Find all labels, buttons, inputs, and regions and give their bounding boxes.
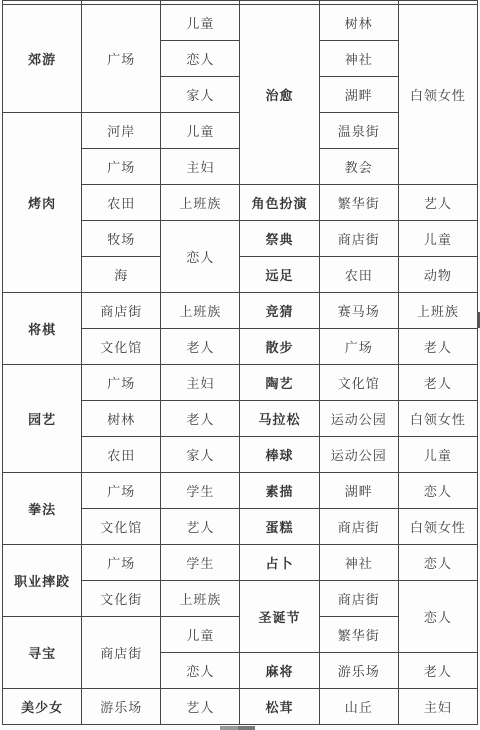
activity-cell: 将棋 (3, 293, 82, 365)
partner-cell: 主妇 (161, 365, 240, 401)
pairing-table-body: 郊游广场儿童治愈树林白领女性恋人神社家人湖畔烤肉河岸儿童温泉街广场主妇教会农田上… (3, 1, 478, 725)
activity-cell: 郊游 (3, 5, 82, 113)
location-cell: 山丘 (319, 689, 398, 725)
partner-cell: 主妇 (398, 689, 477, 725)
location-cell: 文化馆 (319, 365, 398, 401)
partner-cell: 学生 (161, 545, 240, 581)
partner-cell: 上班族 (161, 293, 240, 329)
activity-cell: 祭典 (240, 221, 319, 257)
partner-cell: 儿童 (161, 617, 240, 653)
partner-cell: 儿童 (161, 113, 240, 149)
activity-cell: 圣诞节 (240, 581, 319, 653)
pairing-table-container: 郊游广场儿童治愈树林白领女性恋人神社家人湖畔烤肉河岸儿童温泉街广场主妇教会农田上… (2, 0, 478, 725)
location-cell: 商店街 (319, 509, 398, 545)
activity-cell: 马拉松 (240, 401, 319, 437)
activity-cell: 素描 (240, 473, 319, 509)
location-cell: 农田 (319, 257, 398, 293)
location-cell: 广场 (82, 5, 161, 113)
partner-cell: 老人 (398, 329, 477, 365)
partner-cell: 恋人 (161, 653, 240, 689)
table-row: 职业摔跤广场学生占卜神社恋人 (3, 545, 478, 581)
location-cell: 游乐场 (319, 653, 398, 689)
activity-cell: 麻将 (240, 653, 319, 689)
horizontal-scrollbar-thumb-dark-segment (238, 726, 255, 730)
location-cell: 商店街 (319, 221, 398, 257)
location-cell: 河岸 (82, 113, 161, 149)
table-row: 将棋商店街上班族竞猜赛马场上班族 (3, 293, 478, 329)
location-cell: 繁华街 (319, 185, 398, 221)
partner-cell: 恋人 (398, 581, 477, 653)
location-cell: 农田 (82, 185, 161, 221)
activity-cell: 职业摔跤 (3, 545, 82, 617)
location-cell: 游乐场 (82, 689, 161, 725)
location-cell: 树林 (319, 5, 398, 41)
location-cell: 海 (82, 257, 161, 293)
horizontal-scrollbar-thumb[interactable] (220, 726, 255, 730)
location-cell: 商店街 (82, 617, 161, 689)
location-cell: 牧场 (82, 221, 161, 257)
activity-cell: 远足 (240, 257, 319, 293)
partner-cell: 艺人 (398, 185, 477, 221)
activity-cell: 陶艺 (240, 365, 319, 401)
partner-cell: 儿童 (398, 437, 477, 473)
location-cell: 广场 (82, 545, 161, 581)
partner-cell: 老人 (398, 653, 477, 689)
partner-cell: 主妇 (161, 149, 240, 185)
partner-cell: 上班族 (161, 581, 240, 617)
table-row: 郊游广场儿童治愈树林白领女性 (3, 5, 478, 41)
location-cell: 湖畔 (319, 473, 398, 509)
location-cell: 农田 (82, 437, 161, 473)
location-cell: 繁华街 (319, 617, 398, 653)
location-cell: 广场 (82, 473, 161, 509)
partner-cell: 恋人 (161, 41, 240, 77)
activity-cell: 棒球 (240, 437, 319, 473)
location-cell: 文化馆 (82, 509, 161, 545)
location-cell: 运动公园 (319, 401, 398, 437)
partner-cell: 家人 (161, 77, 240, 113)
location-cell: 广场 (82, 149, 161, 185)
activity-cell: 散步 (240, 329, 319, 365)
table-row: 园艺广场主妇陶艺文化馆老人 (3, 365, 478, 401)
partner-cell: 老人 (161, 329, 240, 365)
partner-cell: 儿童 (398, 221, 477, 257)
location-cell: 树林 (82, 401, 161, 437)
location-cell: 广场 (319, 329, 398, 365)
partner-cell: 恋人 (161, 221, 240, 293)
table-row: 美少女游乐场艺人松茸山丘主妇 (3, 689, 478, 725)
activity-cell: 角色扮演 (240, 185, 319, 221)
partner-cell: 艺人 (161, 689, 240, 725)
partner-cell: 儿童 (161, 5, 240, 41)
location-cell: 赛马场 (319, 293, 398, 329)
partner-cell: 恋人 (398, 473, 477, 509)
partner-cell: 家人 (161, 437, 240, 473)
partner-cell: 白领女性 (398, 5, 477, 185)
table-row: 拳法广场学生素描湖畔恋人 (3, 473, 478, 509)
partner-cell: 上班族 (398, 293, 477, 329)
location-cell: 广场 (82, 365, 161, 401)
partner-cell: 动物 (398, 257, 477, 293)
activity-cell: 美少女 (3, 689, 82, 725)
location-cell: 温泉街 (319, 113, 398, 149)
partner-cell: 白领女性 (398, 509, 477, 545)
partner-cell: 老人 (161, 401, 240, 437)
activity-cell: 寻宝 (3, 617, 82, 689)
partner-cell: 学生 (161, 473, 240, 509)
pairing-table: 郊游广场儿童治愈树林白领女性恋人神社家人湖畔烤肉河岸儿童温泉街广场主妇教会农田上… (2, 0, 478, 725)
location-cell: 教会 (319, 149, 398, 185)
partner-cell: 老人 (398, 365, 477, 401)
location-cell: 神社 (319, 41, 398, 77)
activity-cell: 蛋糕 (240, 509, 319, 545)
location-cell: 文化街 (82, 581, 161, 617)
location-cell: 神社 (319, 545, 398, 581)
location-cell: 商店街 (319, 581, 398, 617)
activity-cell: 治愈 (240, 5, 319, 185)
partner-cell: 白领女性 (398, 401, 477, 437)
activity-cell: 烤肉 (3, 113, 82, 293)
location-cell: 湖畔 (319, 77, 398, 113)
partner-cell: 上班族 (161, 185, 240, 221)
partner-cell: 恋人 (398, 545, 477, 581)
partner-cell: 艺人 (161, 509, 240, 545)
activity-cell: 松茸 (240, 689, 319, 725)
location-cell: 商店街 (82, 293, 161, 329)
activity-cell: 竞猜 (240, 293, 319, 329)
location-cell: 文化馆 (82, 329, 161, 365)
activity-cell: 拳法 (3, 473, 82, 545)
activity-cell: 占卜 (240, 545, 319, 581)
location-cell: 运动公园 (319, 437, 398, 473)
activity-cell: 园艺 (3, 365, 82, 473)
